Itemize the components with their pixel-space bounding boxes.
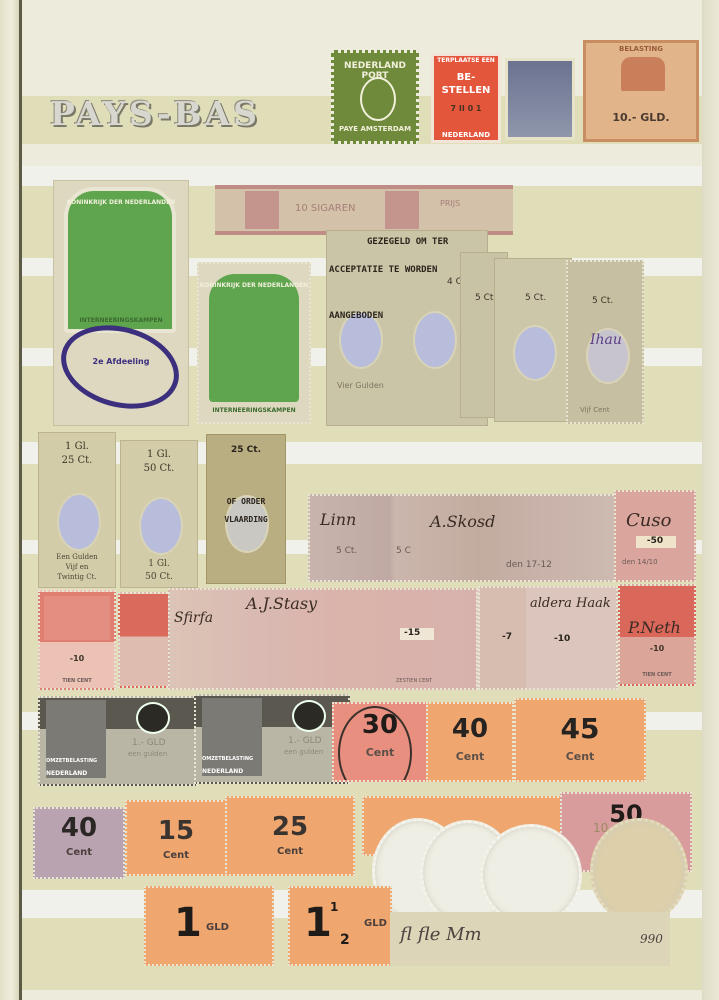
coat-of-arms-icon [621, 57, 665, 91]
25-ct-vlaardingen: 25 Ct. OF ORDER VLAARDING [206, 434, 286, 584]
portrait-icon [202, 698, 262, 776]
10-cent-red-lion: -10 TIEN CENT [38, 590, 116, 690]
lilac-revenues-right: -7 -10 aldera Haak [478, 586, 618, 690]
1-gld-overprint: 1 GLD [144, 886, 274, 966]
omzetbelasting-1-gld: 1.- GLD een gulden OMZETBELASTING NEDERL… [38, 696, 198, 786]
besteller-stamp: TERPLAATSE EEN BE- STELLEN 7 II 0 1 NEDE… [431, 53, 501, 143]
nederland-port-label: NEDERLAND PORT PAYE AMSTERDAM [331, 50, 419, 144]
15-cent-overprint: 15 Cent [125, 800, 227, 876]
crest-icon [139, 497, 183, 555]
lion-icon [385, 191, 419, 229]
globe-icon [360, 77, 396, 121]
pope-stamp [505, 58, 575, 140]
signed-document-piece: fl fle Mm 990 [390, 912, 670, 966]
40-cent-lilac-overprint: 40 Cent [33, 807, 125, 879]
album-spine [0, 0, 19, 1000]
50-ct-red-revenue: -50 Cuso den 14/10 [614, 490, 696, 582]
45-cent-overprint: 45 Cent [514, 698, 646, 782]
interneeringskampen-stamp-on-piece: KONINKRIJK DER NEDERLANDEN INTERNEERINGS… [53, 180, 189, 426]
5-ct-revenue-2: 5 Ct. [494, 258, 572, 422]
embossed-seal [480, 824, 582, 926]
40-cent-overprint: 40 Cent [426, 702, 514, 782]
portrait-icon [46, 700, 106, 778]
crest-icon [57, 493, 101, 551]
country-title: PAYS-BAS [50, 94, 260, 133]
crest-icon [513, 325, 557, 381]
10-cent-red-lion-2: -10 TIEN CENT P.Neth [618, 584, 696, 686]
album-page-edge [702, 0, 719, 1000]
5-ct-lilac-revenues: 5 Ct. 5 C den 17-12 Linn A.Skosd [308, 494, 618, 582]
5-ct-revenue-3: 5 Ct. Ihau Vijf Cent [566, 260, 644, 424]
1-gl-25-ct-revenue: 1 Gl. 25 Ct. Een Gulden Vijf en Twintig … [38, 432, 116, 588]
belasting-10-gld: BELASTING 10.- GLD. [583, 40, 699, 142]
lion-icon [292, 700, 326, 732]
crest-icon [413, 311, 457, 369]
lilac-revenues: -15 Sfirfa A.J.Stasy ZESTIEN CENT [168, 588, 478, 690]
30-cent-overprint: 30 Cent [332, 702, 428, 782]
lion-revenue-small [118, 592, 172, 688]
embossed-seal: 10 [590, 818, 688, 924]
1-half-gld-overprint: 1 1 2 GLD [288, 886, 392, 966]
lion-icon [136, 702, 170, 734]
cigar-band: 10 SIGAREN PRIJS [215, 185, 513, 235]
1-gl-50-ct-revenue: 1 Gl. 50 Ct. 1 Gl. 50 Ct. [120, 440, 198, 588]
lion-icon [44, 596, 110, 640]
omzetbelasting-1-gld-2: 1.- GLD een gulden OMZETBELASTING NEDERL… [194, 694, 350, 784]
25-cent-overprint: 25 Cent [225, 796, 355, 876]
lion-icon [245, 191, 279, 229]
interneeringskampen-stamp: KONINKRIJK DER NEDERLANDEN INTERNEERINGS… [197, 262, 311, 424]
